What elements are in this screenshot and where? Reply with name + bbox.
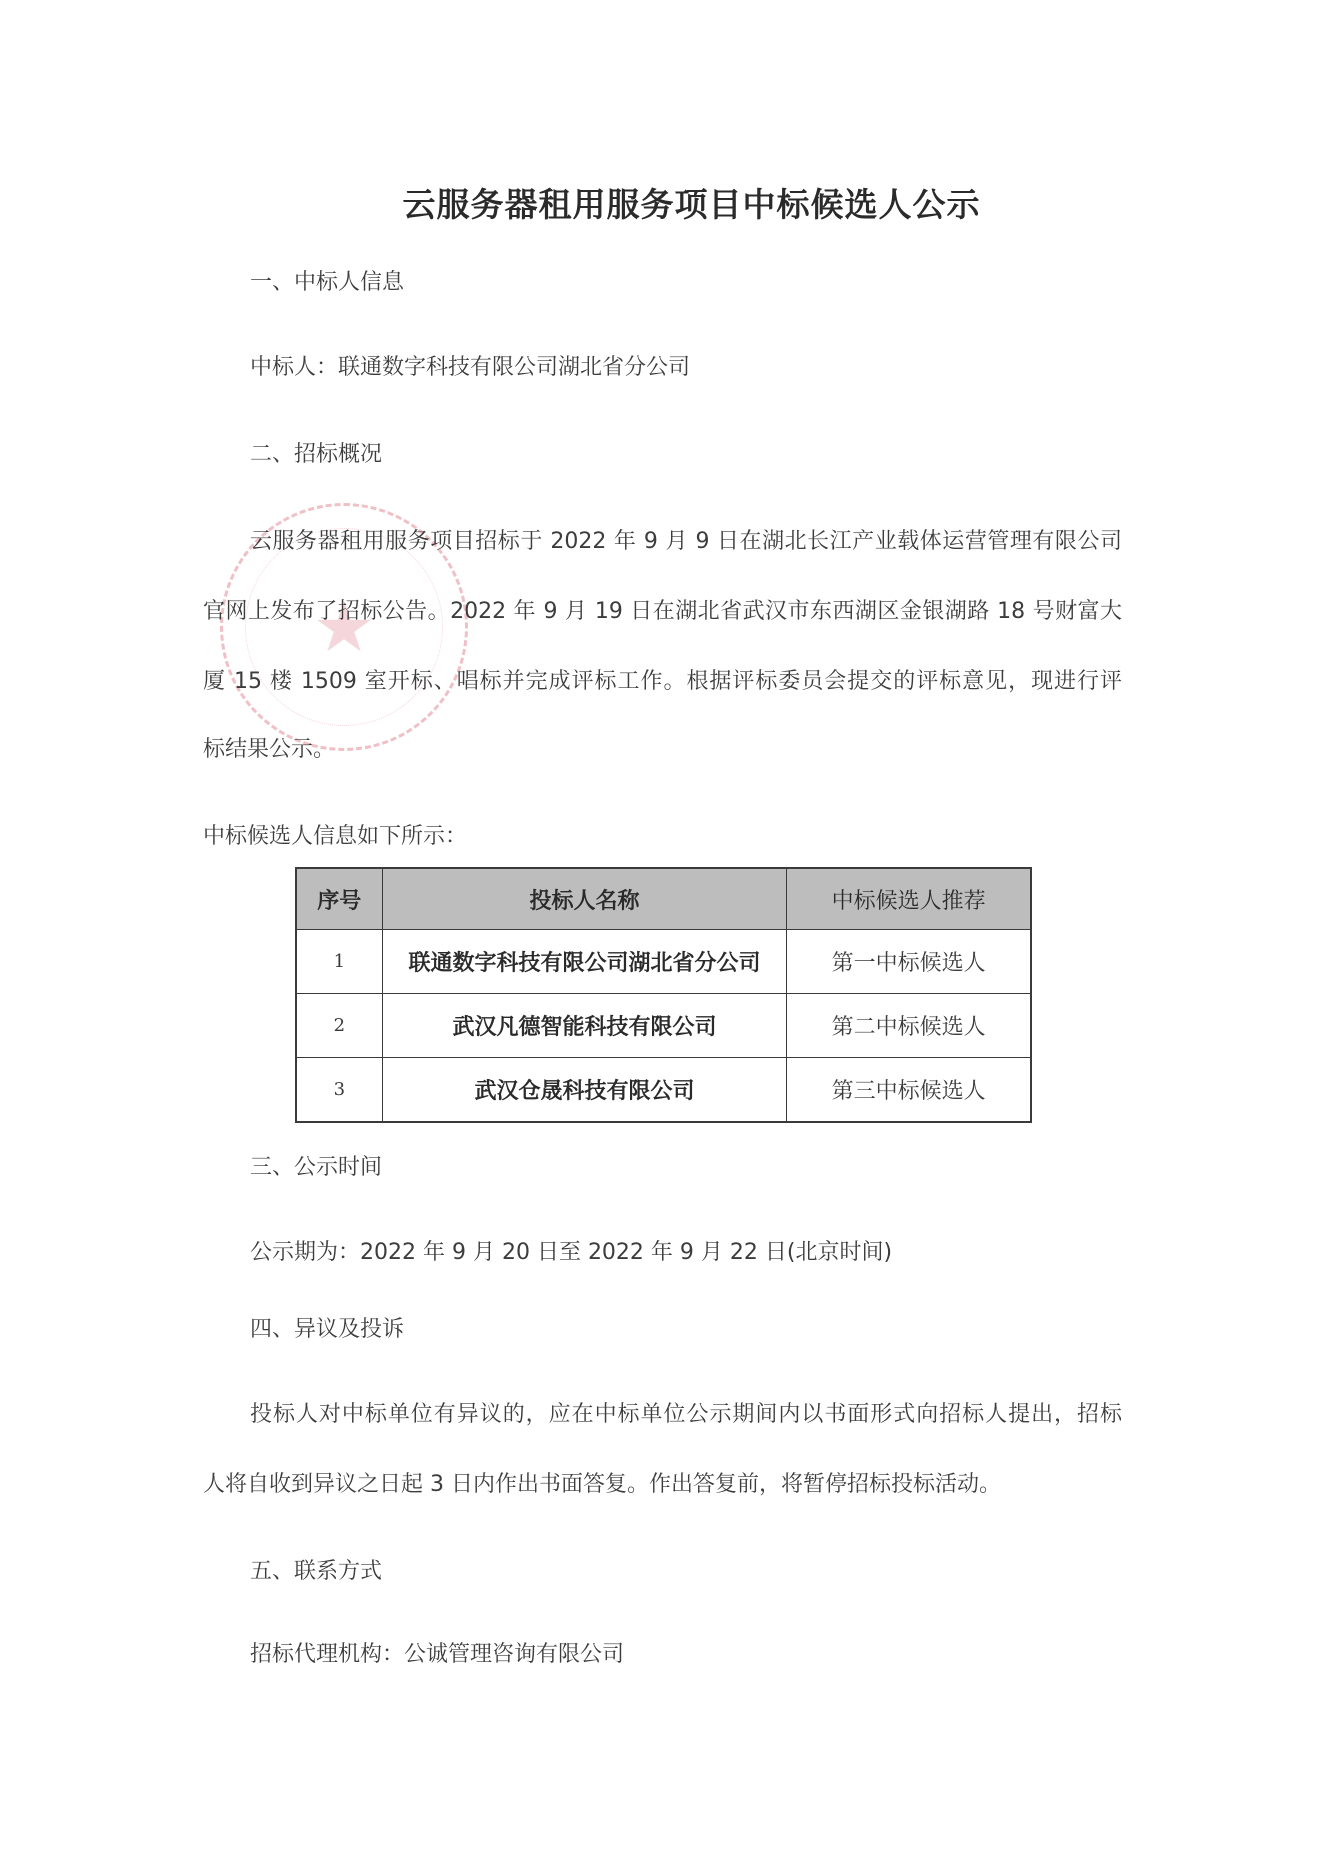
row-bidder-name: 联通数字科技有限公司湖北省分公司 [382,930,787,994]
header-index: 序号 [296,868,382,930]
document-title: 云服务器租用服务项目中标候选人公示 [0,182,1323,228]
candidates-table: 序号 投标人名称 中标候选人推荐 1 联通数字科技有限公司湖北省分公司 第一中标… [295,867,1032,1123]
row-index: 1 [296,930,382,994]
overview-paragraph-line-4: 标结果公示。 [203,735,335,765]
document-page: ★ 云服务器租用服务项目中标候选人公示 一、中标人信息 中标人：联通数字科技有限… [0,0,1323,1872]
table-row: 2 武汉凡德智能科技有限公司 第二中标候选人 [296,994,1031,1058]
section-3-heading: 三、公示时间 [250,1153,382,1183]
section-1-heading: 一、中标人信息 [250,268,404,298]
header-bidder-name: 投标人名称 [382,868,787,930]
header-recommendation: 中标候选人推荐 [787,868,1031,930]
overview-paragraph-line-3: 厦 15 楼 1509 室开标、唱标并完成评标工作。根据评标委员会提交的评标意见… [203,667,1122,697]
overview-paragraph-line-1: 云服务器租用服务项目招标于 2022 年 9 月 9 日在湖北长江产业载体运营管… [250,527,1122,557]
section-4-heading: 四、异议及投诉 [250,1315,404,1345]
section-2-heading: 二、招标概况 [250,440,382,470]
section-5-heading: 五、联系方式 [250,1557,382,1587]
row-index: 2 [296,994,382,1058]
table-row: 1 联通数字科技有限公司湖北省分公司 第一中标候选人 [296,930,1031,994]
winner-label: 中标人： [250,355,338,380]
winner-name: 联通数字科技有限公司湖北省分公司 [338,355,690,380]
agency-line: 招标代理机构：公诚管理咨询有限公司 [250,1640,624,1670]
row-bidder-name: 武汉凡德智能科技有限公司 [382,994,787,1058]
table-row: 3 武汉仓晟科技有限公司 第三中标候选人 [296,1058,1031,1123]
row-recommendation: 第二中标候选人 [787,994,1031,1058]
row-recommendation: 第三中标候选人 [787,1058,1031,1123]
overview-paragraph-line-2: 官网上发布了招标公告。2022 年 9 月 19 日在湖北省武汉市东西湖区金银湖… [203,597,1122,627]
table-intro: 中标候选人信息如下所示： [203,822,467,852]
row-recommendation: 第一中标候选人 [787,930,1031,994]
table-header-row: 序号 投标人名称 中标候选人推荐 [296,868,1031,930]
objection-paragraph-line-1: 投标人对中标单位有异议的，应在中标单位公示期间内以书面形式向招标人提出，招标 [250,1400,1122,1430]
publicity-period: 公示期为：2022 年 9 月 20 日至 2022 年 9 月 22 日(北京… [250,1238,892,1268]
winner-line: 中标人：联通数字科技有限公司湖北省分公司 [250,353,690,383]
row-index: 3 [296,1058,382,1123]
row-bidder-name: 武汉仓晟科技有限公司 [382,1058,787,1123]
objection-paragraph-line-2: 人将自收到异议之日起 3 日内作出书面答复。作出答复前，将暂停招标投标活动。 [203,1470,1001,1500]
